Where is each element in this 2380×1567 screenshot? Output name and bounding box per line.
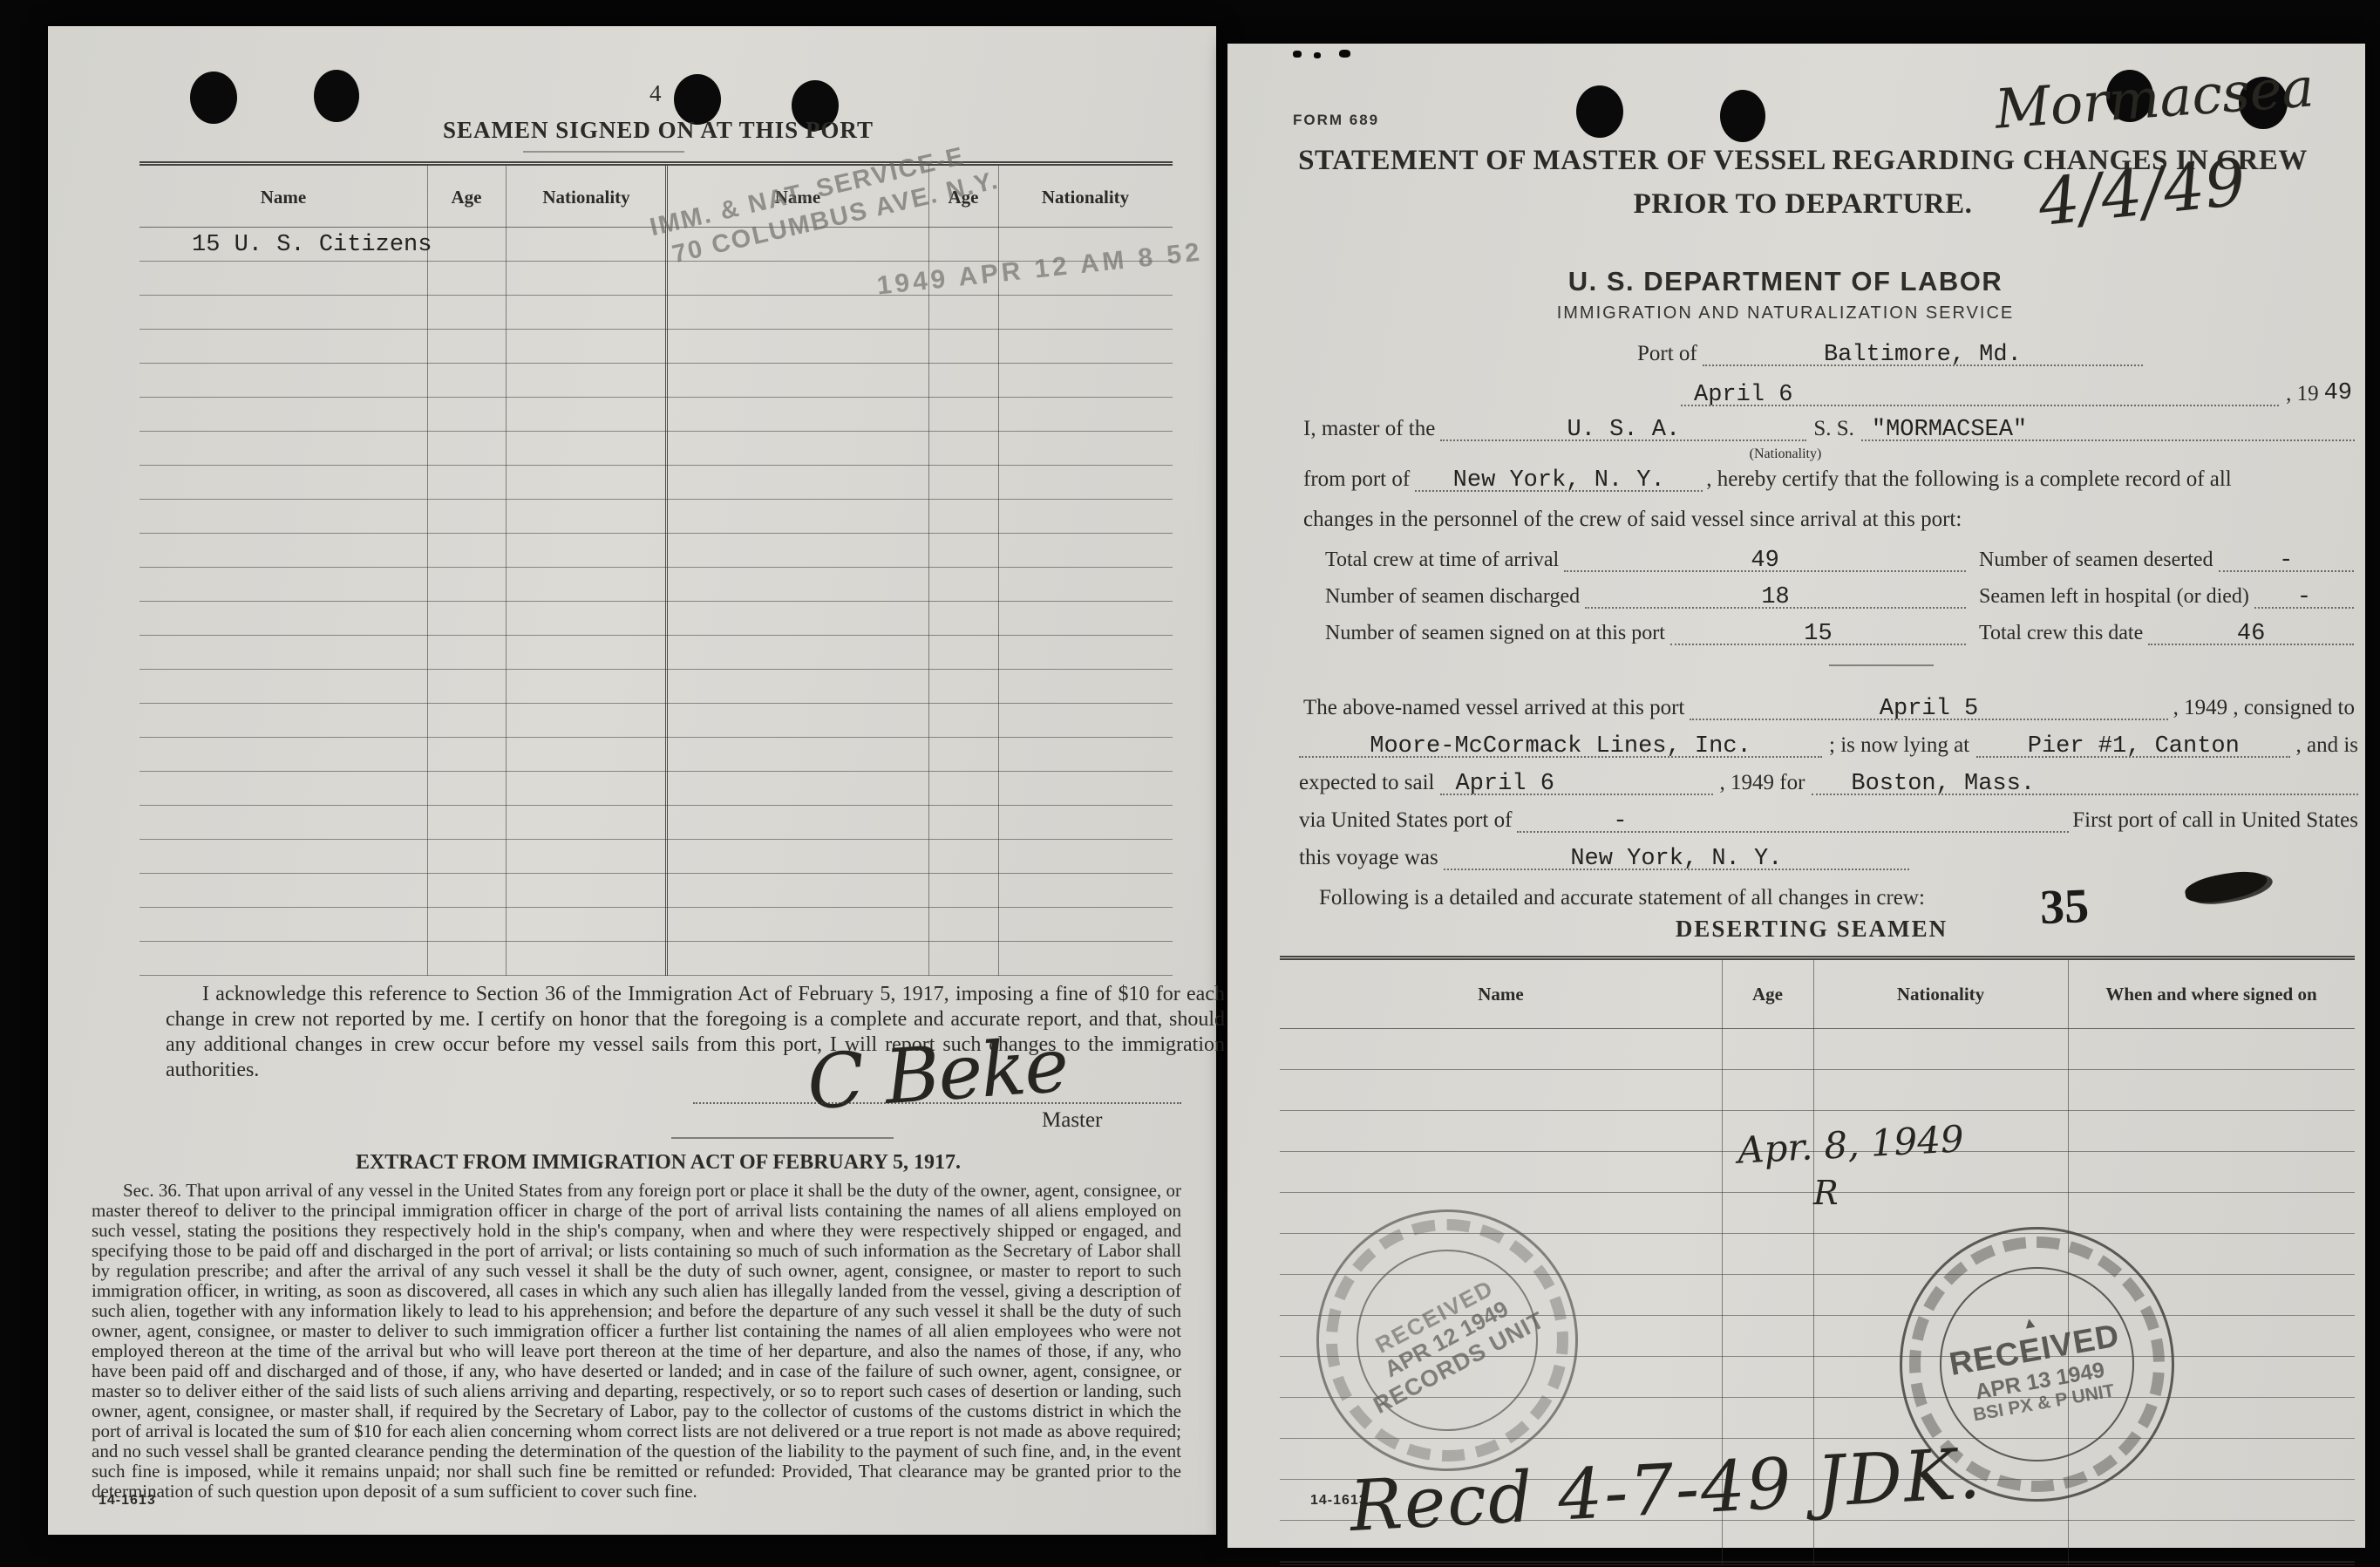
stat-label: Total crew this date (1979, 622, 2148, 645)
arrival-line1: The above-named vessel arrived at this p… (1303, 696, 2355, 720)
stat-value: 49 (1751, 548, 1778, 574)
form-number-top: FORM 689 (1293, 112, 1379, 129)
stat-value: 46 (2237, 621, 2265, 647)
left-page: 4 SEAMEN SIGNED ON AT THIS PORT Name Age… (48, 26, 1216, 1535)
arrival-seg3: ; is now lying at (1822, 733, 1976, 758)
hole-punch (1720, 90, 1765, 142)
column-header: Age (427, 187, 506, 208)
table-row (139, 908, 1173, 942)
via-port-field: - (1517, 808, 2069, 833)
right-page: FORM 689 Mormacsea STATEMENT OF MASTER O… (1227, 44, 2365, 1548)
arrival-seg7: via United States port of (1299, 808, 1517, 833)
table-row (139, 568, 1173, 602)
table-row (139, 534, 1173, 568)
sail-date-value: April 6 (1456, 771, 1554, 797)
stat-field: - (2219, 548, 2354, 572)
stat-hospital: Seamen left in hospital (or died) - (1979, 584, 2354, 609)
arrival-line2: Moore-McCormack Lines, Inc. ; is now lyi… (1299, 733, 2358, 758)
form-code: 14-1613 (99, 1493, 156, 1509)
extract-heading: EXTRACT FROM IMMIGRATION ACT OF FEBRUARY… (222, 1151, 1094, 1175)
hole-punch (1576, 85, 1623, 138)
table-row (139, 296, 1173, 330)
from-port-label: from port of (1303, 467, 1415, 492)
records-unit-received-stamp: RECEIVED APR 12 1949 RECORDS UNIT (1316, 1209, 1578, 1471)
lying-at-value: Pier #1, Canton (2028, 733, 2240, 760)
stat-field: 46 (2148, 621, 2354, 645)
signature-line (693, 1102, 1181, 1104)
stat-value: 18 (1761, 584, 1789, 610)
stat-discharged: Number of seamen discharged 18 (1325, 584, 1966, 609)
stat-label: Seamen left in hospital (or died) (1979, 585, 2254, 609)
arrival-line4: via United States port of - First port o… (1299, 808, 2358, 833)
stat-value: - (2279, 548, 2293, 574)
table-entry-us-citizens: 15 U. S. Citizens (192, 232, 432, 258)
stat-label: Total crew at time of arrival (1325, 548, 1564, 572)
year-prefix: , 19 (2279, 382, 2324, 406)
extract-heading-rule (671, 1137, 894, 1139)
service-heading: IMMIGRATION AND NATURALIZATION SERVICE (1245, 303, 2326, 324)
consignee-field: Moore-McCormack Lines, Inc. (1299, 733, 1822, 758)
port-of-value: Baltimore, Md. (1824, 342, 2022, 368)
department-heading: U. S. DEPARTMENT OF LABOR (1245, 266, 2326, 297)
first-port-field: New York, N. Y. (1444, 846, 1909, 870)
following-statement-line: Following is a detailed and accurate sta… (1319, 886, 1925, 910)
stat-total-date: Total crew this date 46 (1979, 621, 2354, 645)
table-row (139, 704, 1173, 738)
table-row (139, 602, 1173, 636)
registration-mark (1293, 51, 1302, 58)
table-row (139, 398, 1173, 432)
registration-mark (1339, 50, 1350, 58)
table-row (139, 942, 1173, 976)
port-of-line: Port of Baltimore, Md. (1637, 342, 2143, 366)
nationality-caption: (Nationality) (1602, 446, 1969, 462)
date-field: April 6 (1681, 382, 2279, 406)
page-number: 4 (649, 80, 662, 107)
deserting-table-header: Name Age Nationality When and where sign… (1280, 960, 2355, 1029)
stat-total-arrival: Total crew at time of arrival 49 (1325, 548, 1966, 572)
table-row (1280, 1029, 2355, 1070)
column-header: Nationality (998, 187, 1173, 208)
table-row (139, 772, 1173, 806)
date-line: April 6 , 19 49 (1681, 380, 2352, 406)
year-value: 49 (2324, 380, 2352, 406)
destination-field: Boston, Mass. (1812, 771, 2358, 795)
lying-at-field: Pier #1, Canton (1976, 733, 2290, 758)
stat-label: Number of seamen discharged (1325, 585, 1585, 609)
master-line: I, master of the U. S. A. S. S. "MORMACS… (1303, 417, 2355, 441)
arrival-seg1: The above-named vessel arrived at this p… (1303, 696, 1690, 720)
date-value: April 6 (1694, 382, 1792, 408)
signature-role-label: Master (1042, 1108, 1102, 1133)
table-row (139, 840, 1173, 874)
arrival-line5: this voyage was New York, N. Y. (1299, 846, 1909, 870)
table-row (139, 670, 1173, 704)
from-port-line: from port of New York, N. Y. , hereby ce… (1303, 467, 2358, 492)
table-row (139, 738, 1173, 772)
table-row (139, 636, 1173, 670)
stat-signed-on: Number of seamen signed on at this port … (1325, 621, 1966, 645)
vessel-name-value: "MORMACSEA" (1872, 417, 2027, 443)
nationality-value: U. S. A. (1567, 417, 1681, 443)
title-underline (523, 151, 684, 153)
handwritten-table-note-initial: R (1813, 1174, 1839, 1212)
arrival-date-value: April 5 (1880, 696, 1978, 722)
column-header: Name (139, 187, 427, 208)
port-of-field: Baltimore, Md. (1703, 342, 2143, 366)
crossed-out-number (2183, 867, 2269, 907)
via-port-value: - (1613, 808, 1627, 835)
registration-mark (1314, 52, 1321, 58)
column-header: Name (1280, 984, 1722, 1005)
hole-punch (314, 70, 359, 122)
consignee-value: Moore-McCormack Lines, Inc. (1370, 733, 1751, 760)
column-header: Nationality (1813, 984, 2068, 1005)
arrival-seg6: , 1949 for (1713, 771, 1812, 795)
section-divider-rule (1829, 664, 1934, 666)
stat-field: 15 (1670, 621, 1966, 645)
seamen-table-body (139, 228, 1173, 976)
vessel-name-field: "MORMACSEA" (1861, 417, 2355, 441)
ss-label: S. S. (1806, 417, 1861, 441)
stat-label: Number of seamen signed on at this port (1325, 622, 1670, 645)
stat-field: 18 (1585, 584, 1966, 609)
first-port-value: New York, N. Y. (1570, 846, 1782, 872)
from-port-value: New York, N. Y. (1453, 467, 1665, 494)
column-header: Nationality (506, 187, 667, 208)
column-header: When and where signed on (2068, 984, 2355, 1005)
stat-field: - (2254, 584, 2354, 609)
arrival-date-field: April 5 (1690, 696, 2167, 720)
destination-value: Boston, Mass. (1851, 771, 2035, 797)
arrival-line3: expected to sail April 6 , 1949 for Bost… (1299, 771, 2358, 795)
sec36-paragraph: Sec. 36. That upon arrival of any vessel… (92, 1181, 1181, 1502)
table-row (139, 432, 1173, 466)
column-header: Age (1722, 984, 1813, 1005)
scanned-document-canvas: 4 SEAMEN SIGNED ON AT THIS PORT Name Age… (0, 0, 2380, 1567)
certify-line2: changes in the personnel of the crew of … (1303, 508, 1962, 532)
stat-value: - (2297, 584, 2311, 610)
table-row (139, 364, 1173, 398)
table-row (139, 500, 1173, 534)
arrival-seg9: this voyage was (1299, 846, 1444, 870)
nationality-field: U. S. A. (1440, 417, 1806, 441)
hole-punch (190, 72, 237, 124)
arrival-seg5: expected to sail (1299, 771, 1440, 795)
table-row (139, 330, 1173, 364)
table-row (139, 874, 1173, 908)
master-label: I, master of the (1303, 417, 1440, 441)
arrival-seg8: First port of call in United States (2069, 808, 2358, 833)
stat-deserted: Number of seamen deserted - (1979, 548, 2354, 572)
left-page-title: SEAMEN SIGNED ON AT THIS PORT (309, 117, 1007, 144)
stat-field: 49 (1564, 548, 1966, 572)
sail-date-field: April 6 (1440, 771, 1713, 795)
certify-text: , hereby certify that the following is a… (1703, 467, 2232, 492)
stat-value: 15 (1804, 621, 1832, 647)
from-port-field: New York, N. Y. (1415, 467, 1703, 492)
stat-label: Number of seamen deserted (1979, 548, 2219, 572)
port-of-label: Port of (1637, 342, 1703, 366)
arrival-seg4: , and is (2290, 733, 2358, 758)
arrival-seg2: , 1949 , consigned to (2168, 696, 2355, 720)
deserting-seamen-heading: DESERTING SEAMEN (1376, 916, 2247, 943)
table-row (1280, 1070, 2355, 1111)
table-row (139, 806, 1173, 840)
table-row (139, 466, 1173, 500)
